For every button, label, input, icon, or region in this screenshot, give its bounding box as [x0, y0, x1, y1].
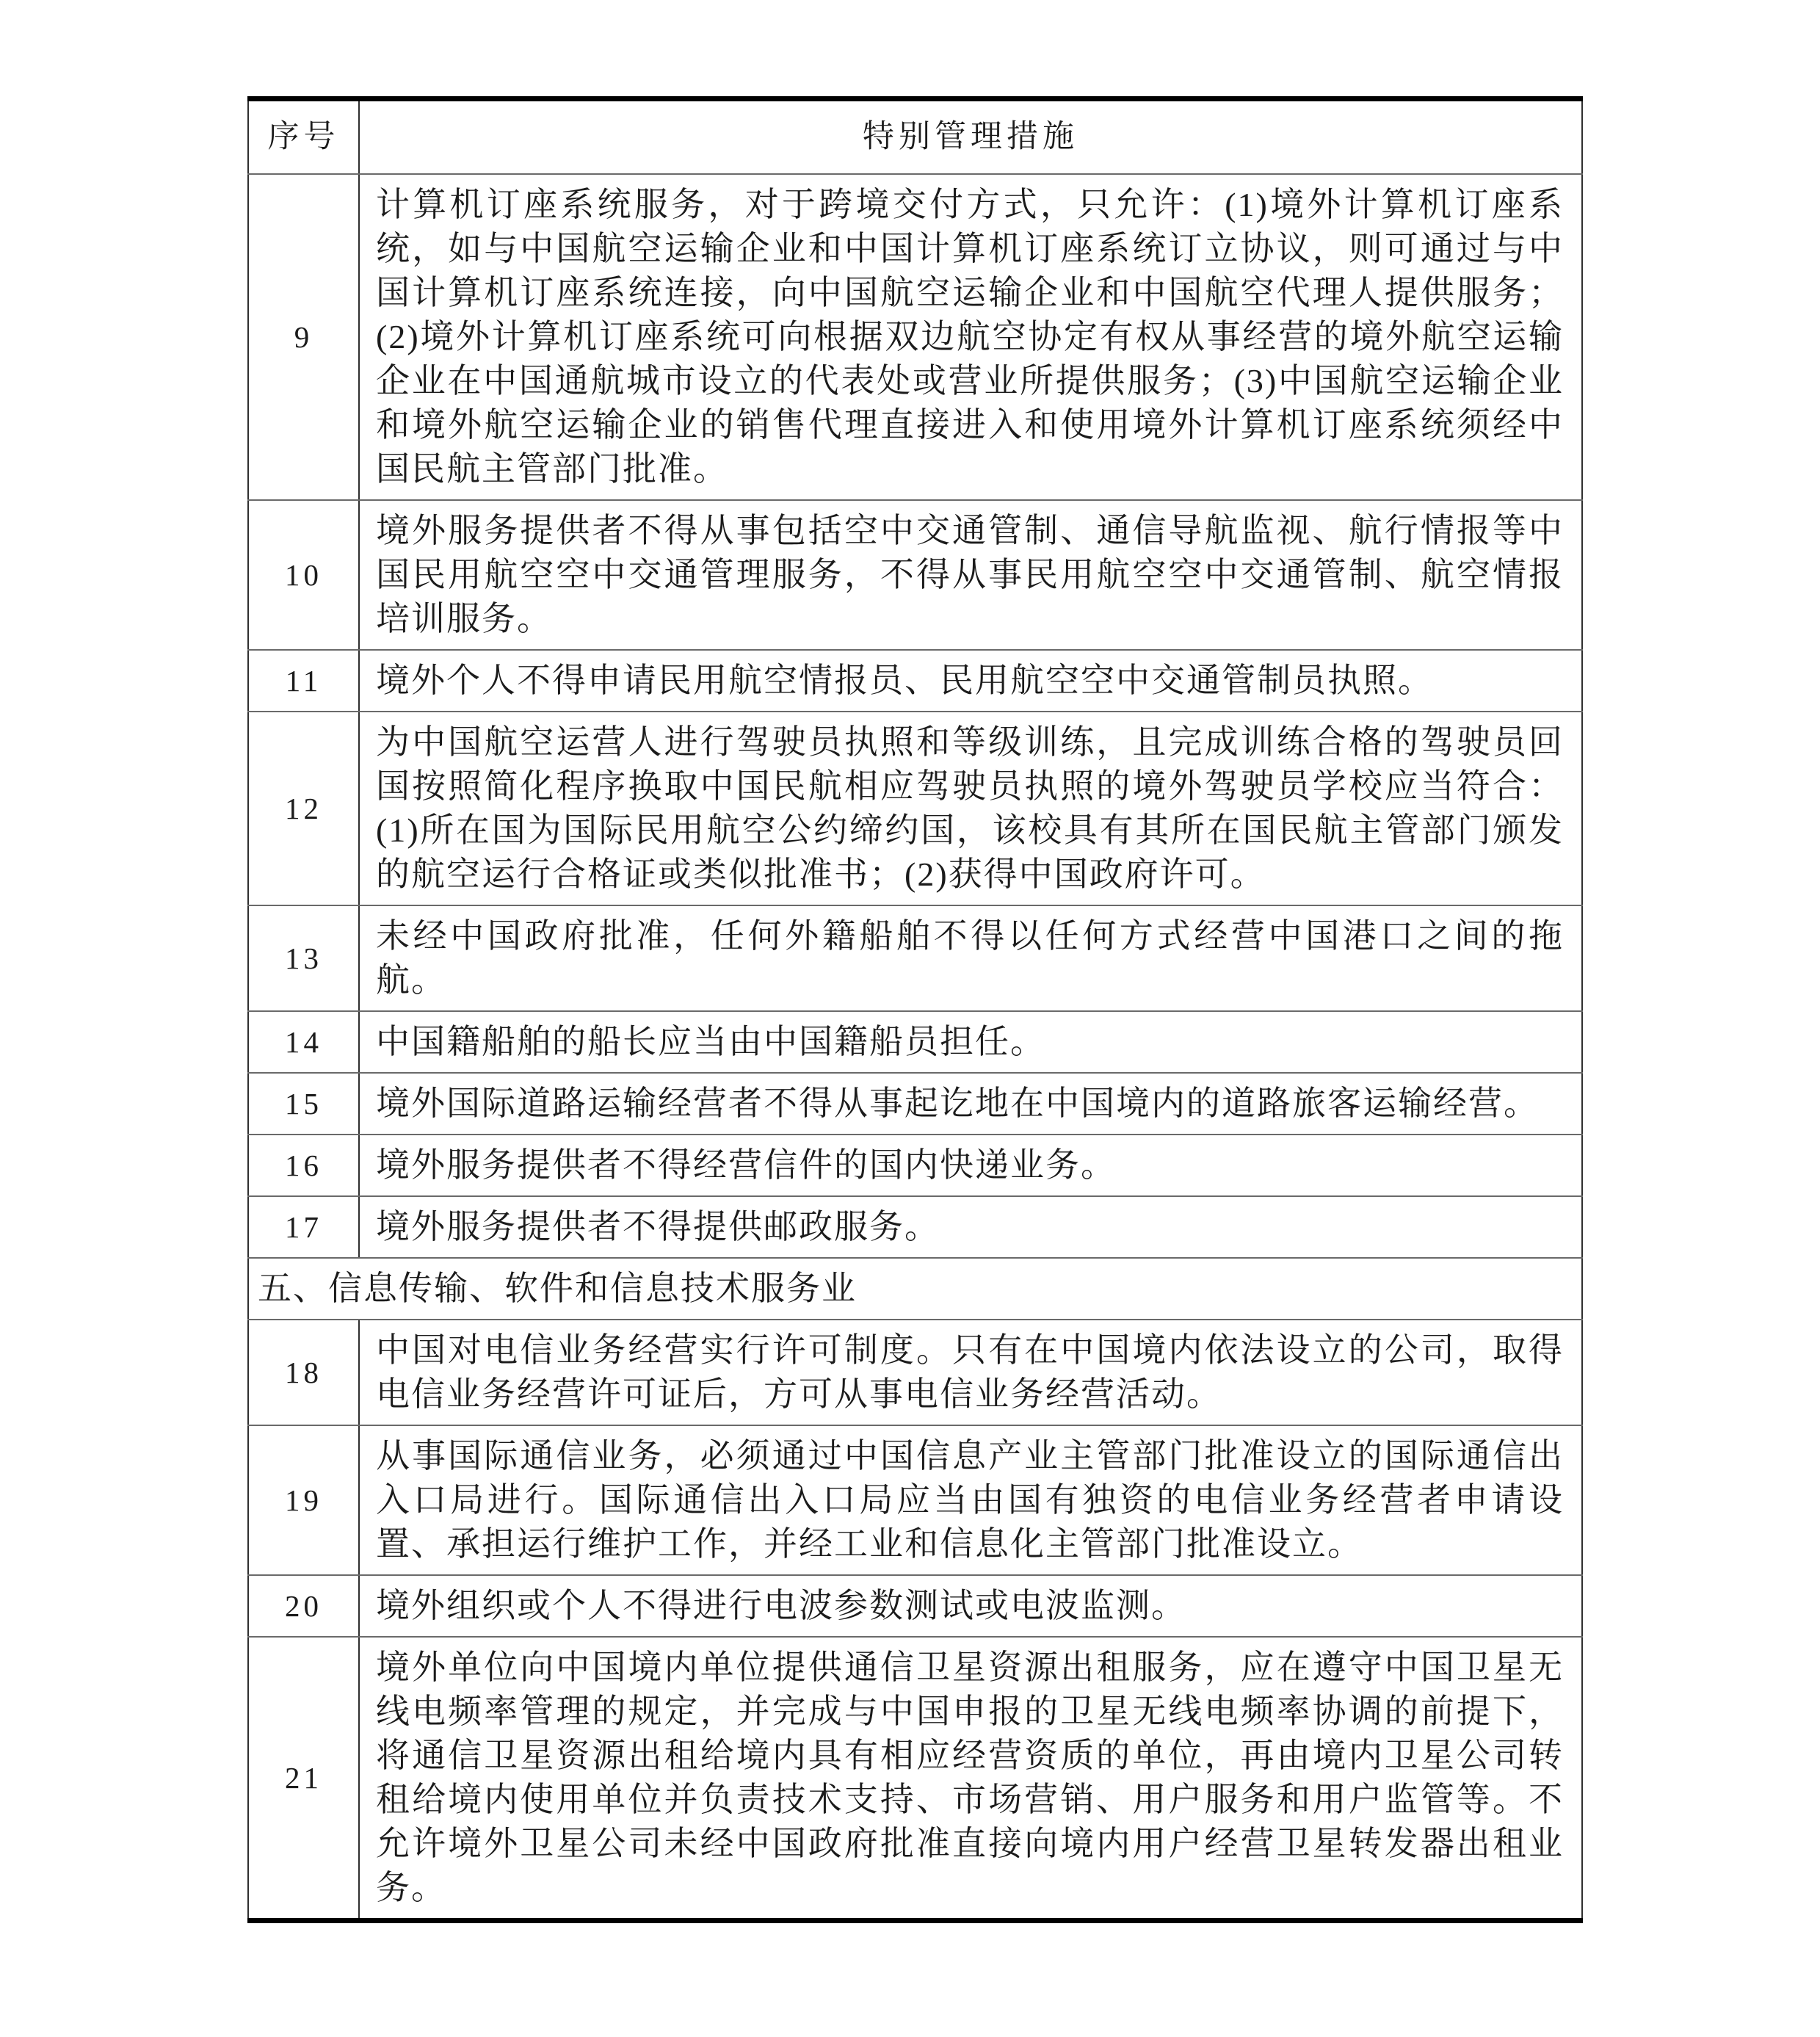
row-measure-text: 境外服务提供者不得提供邮政服务。 — [359, 1196, 1582, 1258]
document-page: 序号 特别管理措施 9计算机订座系统服务，对于跨境交付方式，只允许：(1)境外计… — [0, 0, 1820, 2037]
section-title: 五、信息传输、软件和信息技术服务业 — [248, 1258, 1582, 1320]
row-serial-number: 14 — [248, 1011, 359, 1073]
row-serial-number: 19 — [248, 1425, 359, 1575]
header-serial-number: 序号 — [248, 101, 359, 174]
row-measure-text: 境外组织或个人不得进行电波参数测试或电波监测。 — [359, 1575, 1582, 1637]
table-row: 12为中国航空运营人进行驾驶员执照和等级训练，且完成训练合格的驾驶员回国按照简化… — [248, 712, 1582, 905]
row-serial-number: 18 — [248, 1320, 359, 1425]
measures-table-container: 序号 特别管理措施 9计算机订座系统服务，对于跨境交付方式，只允许：(1)境外计… — [247, 96, 1583, 1923]
header-special-measures: 特别管理措施 — [359, 101, 1582, 174]
row-serial-number: 11 — [248, 650, 359, 712]
table-row: 20境外组织或个人不得进行电波参数测试或电波监测。 — [248, 1575, 1582, 1637]
section-header-row: 五、信息传输、软件和信息技术服务业 — [248, 1258, 1582, 1320]
row-serial-number: 9 — [248, 174, 359, 500]
table-row: 17境外服务提供者不得提供邮政服务。 — [248, 1196, 1582, 1258]
row-serial-number: 13 — [248, 905, 359, 1011]
row-serial-number: 20 — [248, 1575, 359, 1637]
row-measure-text: 境外个人不得申请民用航空情报员、民用航空空中交通管制员执照。 — [359, 650, 1582, 712]
row-measure-text: 计算机订座系统服务，对于跨境交付方式，只允许：(1)境外计算机订座系统，如与中国… — [359, 174, 1582, 500]
table-row: 13未经中国政府批准，任何外籍船舶不得以任何方式经营中国港口之间的拖航。 — [248, 905, 1582, 1011]
table-row: 14中国籍船舶的船长应当由中国籍船员担任。 — [248, 1011, 1582, 1073]
row-measure-text: 未经中国政府批准，任何外籍船舶不得以任何方式经营中国港口之间的拖航。 — [359, 905, 1582, 1011]
row-serial-number: 16 — [248, 1135, 359, 1196]
row-serial-number: 10 — [248, 500, 359, 650]
row-serial-number: 12 — [248, 712, 359, 905]
table-header-row: 序号 特别管理措施 — [248, 101, 1582, 174]
table-row: 16境外服务提供者不得经营信件的国内快递业务。 — [248, 1135, 1582, 1196]
row-measure-text: 境外服务提供者不得经营信件的国内快递业务。 — [359, 1135, 1582, 1196]
measures-table: 序号 特别管理措施 9计算机订座系统服务，对于跨境交付方式，只允许：(1)境外计… — [247, 101, 1583, 1918]
row-measure-text: 境外单位向中国境内单位提供通信卫星资源出租服务，应在遵守中国卫星无线电频率管理的… — [359, 1637, 1582, 1918]
table-row: 11境外个人不得申请民用航空情报员、民用航空空中交通管制员执照。 — [248, 650, 1582, 712]
table-row: 21境外单位向中国境内单位提供通信卫星资源出租服务，应在遵守中国卫星无线电频率管… — [248, 1637, 1582, 1918]
table-row: 18中国对电信业务经营实行许可制度。只有在中国境内依法设立的公司，取得电信业务经… — [248, 1320, 1582, 1425]
row-serial-number: 17 — [248, 1196, 359, 1258]
row-measure-text: 从事国际通信业务，必须通过中国信息产业主管部门批准设立的国际通信出入口局进行。国… — [359, 1425, 1582, 1575]
row-measure-text: 中国对电信业务经营实行许可制度。只有在中国境内依法设立的公司，取得电信业务经营许… — [359, 1320, 1582, 1425]
row-measure-text: 为中国航空运营人进行驾驶员执照和等级训练，且完成训练合格的驾驶员回国按照简化程序… — [359, 712, 1582, 905]
table-row: 19从事国际通信业务，必须通过中国信息产业主管部门批准设立的国际通信出入口局进行… — [248, 1425, 1582, 1575]
table-row: 10境外服务提供者不得从事包括空中交通管制、通信导航监视、航行情报等中国民用航空… — [248, 500, 1582, 650]
table-row: 9计算机订座系统服务，对于跨境交付方式，只允许：(1)境外计算机订座系统，如与中… — [248, 174, 1582, 500]
row-serial-number: 21 — [248, 1637, 359, 1918]
row-measure-text: 中国籍船舶的船长应当由中国籍船员担任。 — [359, 1011, 1582, 1073]
table-row: 15境外国际道路运输经营者不得从事起讫地在中国境内的道路旅客运输经营。 — [248, 1073, 1582, 1135]
row-measure-text: 境外服务提供者不得从事包括空中交通管制、通信导航监视、航行情报等中国民用航空空中… — [359, 500, 1582, 650]
row-serial-number: 15 — [248, 1073, 359, 1135]
row-measure-text: 境外国际道路运输经营者不得从事起讫地在中国境内的道路旅客运输经营。 — [359, 1073, 1582, 1135]
